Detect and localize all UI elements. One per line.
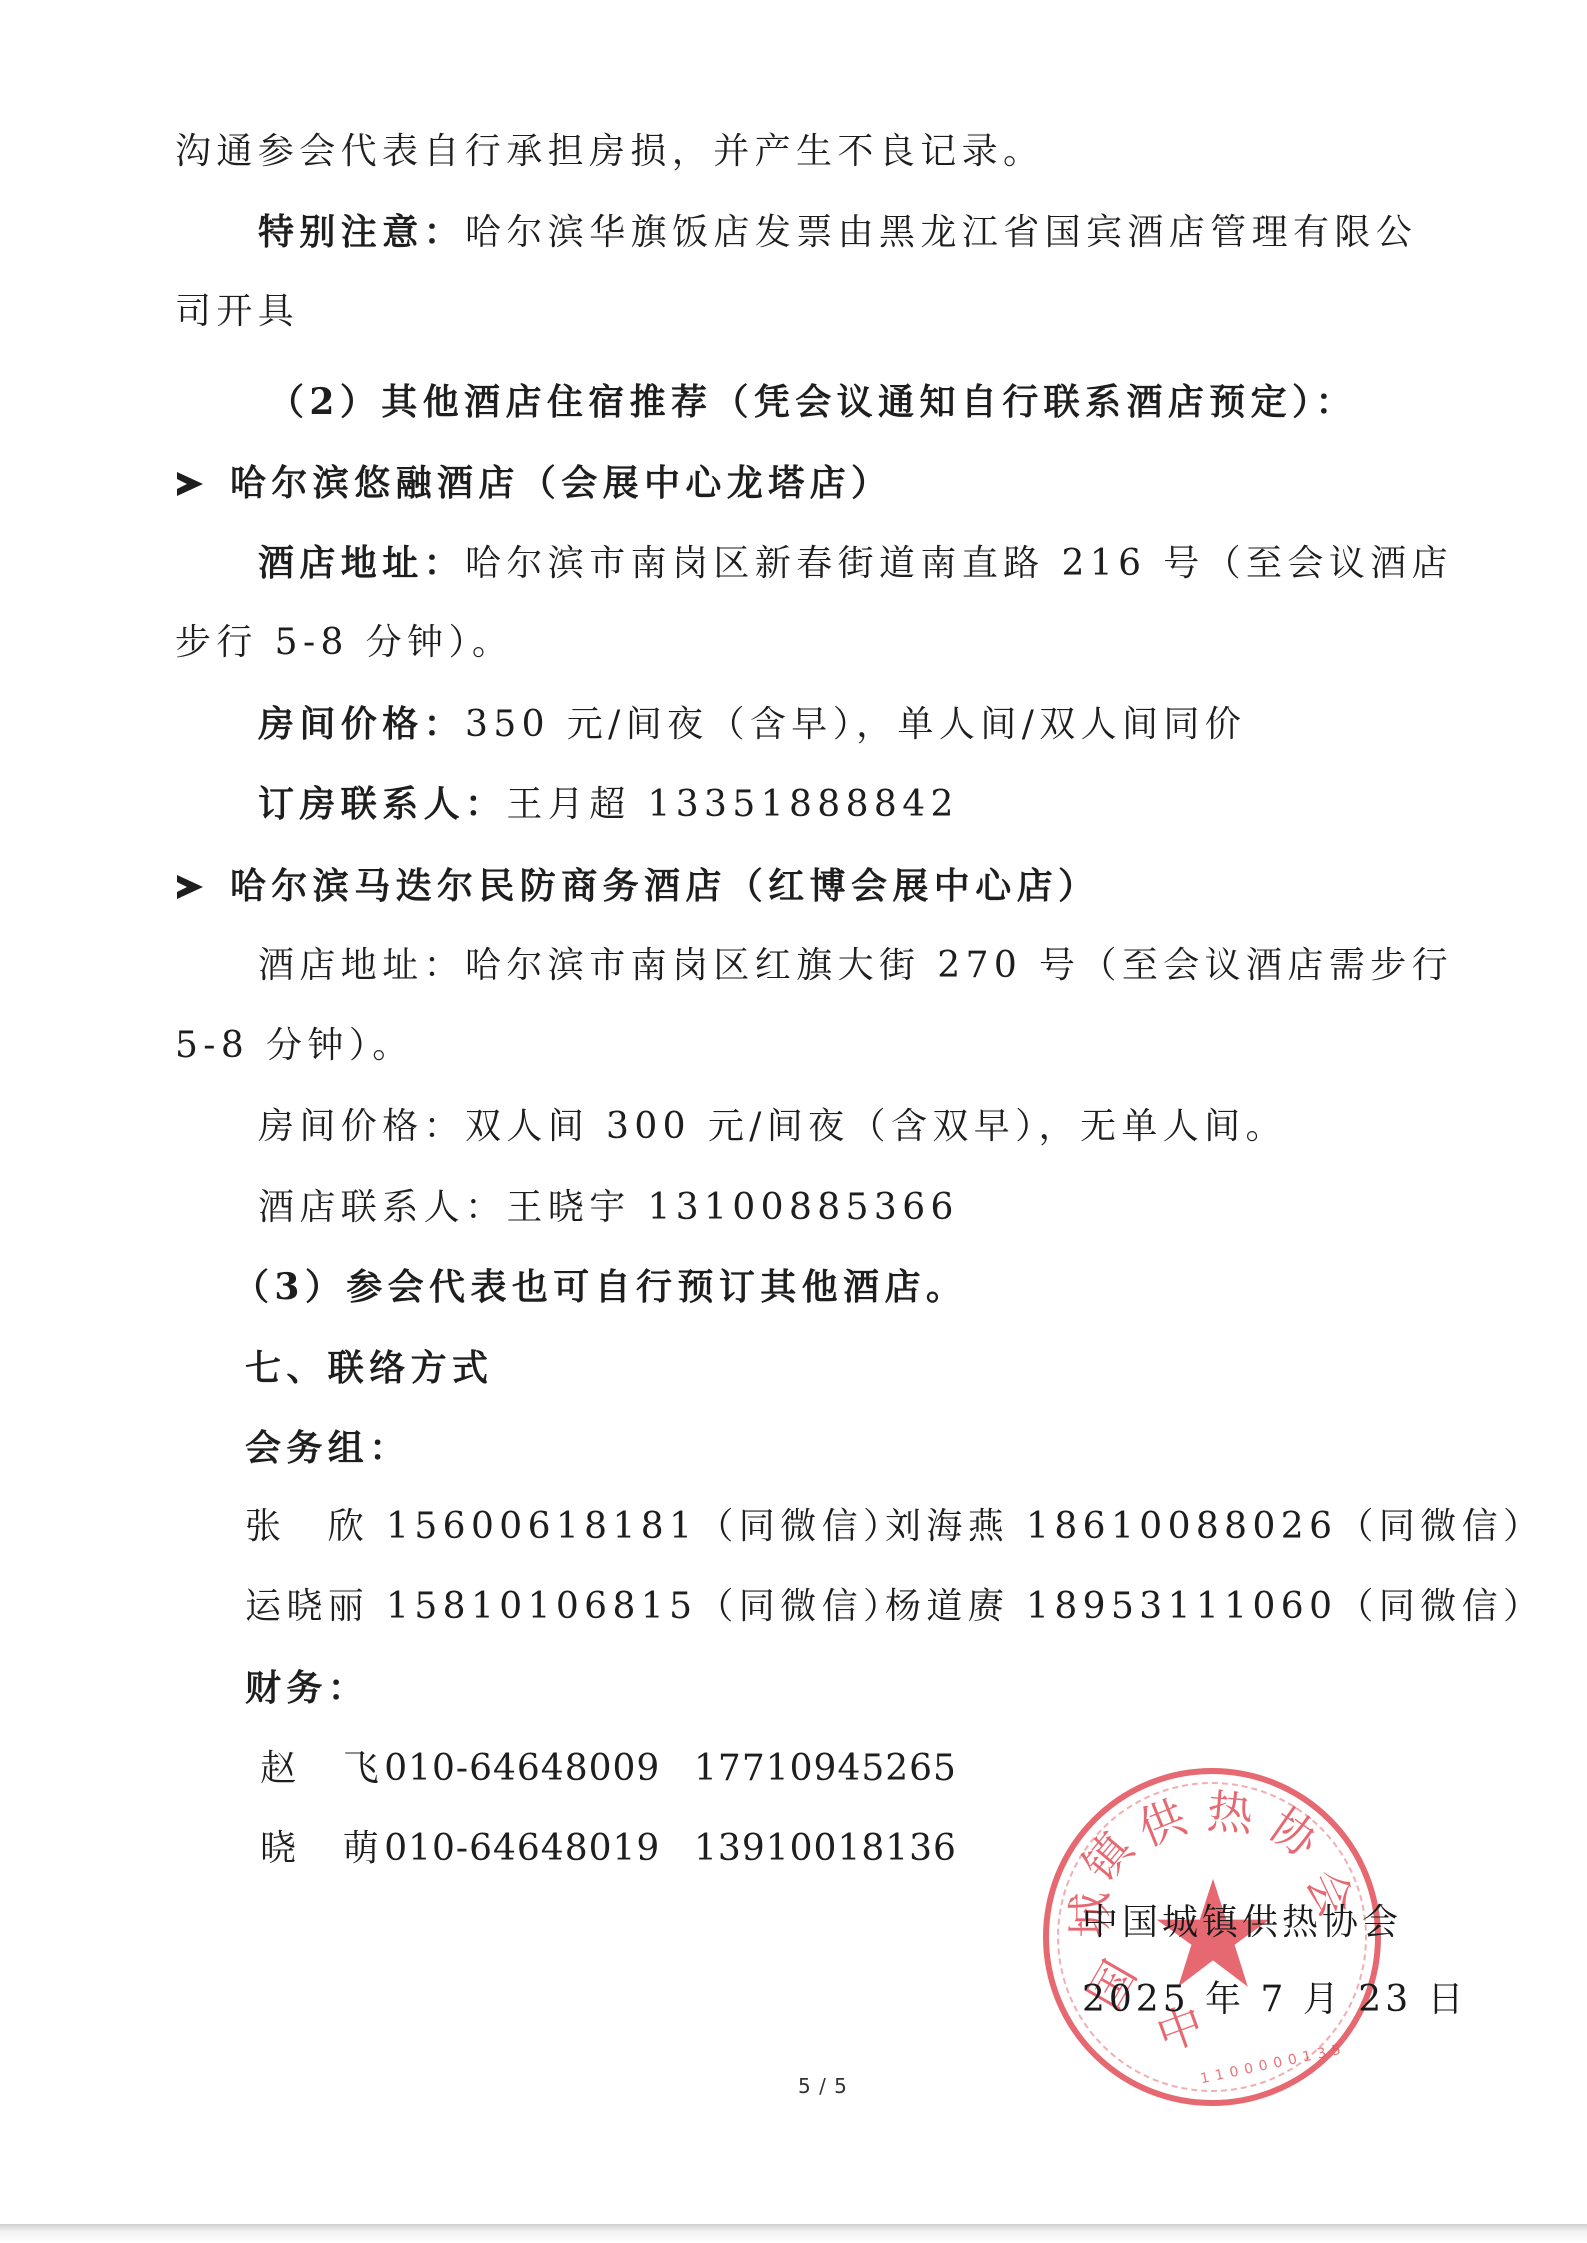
price-label: 房间价格： <box>258 703 465 745</box>
contact-entry: 杨道赓 18953111060（同微信） <box>885 1585 1544 1629</box>
hotel-name-text: 哈尔滨悠融酒店（会展中心龙塔店） <box>230 462 892 504</box>
finance-office-phone: 010-64648009 <box>384 1748 660 1789</box>
finance-entry: 晓 萌010-64648019 13910018136 <box>260 1827 957 1871</box>
finance-name: 赵 飞 <box>260 1747 384 1791</box>
signature-date: 2025 年 7 月 23 日 <box>1082 1978 1468 2022</box>
finance-mobile: 17710945265 <box>694 1748 957 1789</box>
price-label: 房间价格： <box>258 1106 465 1147</box>
contact-note: （同微信） <box>697 1506 904 1547</box>
hotel-2-price: 房间价格：双人间 300 元/间夜（含双早），无单人间。 <box>258 1105 1287 1149</box>
contact-entry: 张 欣 15600618181（同微信） <box>245 1505 904 1549</box>
finance-entry: 赵 飞010-64648009 17710945265 <box>260 1747 957 1791</box>
contact-phone: 18953111060 <box>1026 1586 1337 1627</box>
bullet-arrow-icon <box>177 875 203 899</box>
contact-name: 杨道赓 <box>885 1585 1009 1629</box>
contact-value: 王月超 13351888842 <box>506 784 958 825</box>
signature-organization: 中国城镇供热协会 <box>1082 1901 1402 1945</box>
paragraph-text: 沟通参会代表自行承担房损，并产生不良记录。 <box>175 131 1044 172</box>
page-bottom-edge <box>0 2224 1587 2243</box>
contact-entry: 运晓丽 15810106815（同微信） <box>245 1585 904 1629</box>
contact-name: 张 欣 <box>245 1505 369 1549</box>
page-number-text: 5 / 5 <box>798 2074 848 2098</box>
bullet-arrow-icon <box>177 472 203 496</box>
contact-section-heading: 七、联络方式 <box>245 1346 493 1390</box>
contact-label: 订房联系人： <box>258 783 506 825</box>
special-notice-continued: 司开具 <box>175 290 299 334</box>
hotel-2-name: 哈尔滨马迭尔民防商务酒店（红博会展中心店） <box>230 864 1099 908</box>
address-value: 哈尔滨市南岗区红旗大街 270 号（至会议酒店需步行 <box>465 945 1453 986</box>
hotel-1-address: 酒店地址：哈尔滨市南岗区新春街道南直路 216 号（至会议酒店 <box>258 541 1453 586</box>
contact-entry: 刘海燕 18610088026（同微信） <box>885 1505 1544 1549</box>
label-text: 会务组： <box>245 1427 411 1469</box>
date-text: 2025 年 7 月 23 日 <box>1082 1979 1468 2020</box>
paragraph-room-damage: 沟通参会代表自行承担房损，并产生不良记录。 <box>175 130 1044 174</box>
contact-label: 酒店联系人： <box>258 1187 506 1228</box>
special-notice: 特别注意：哈尔滨华旗饭店发票由黑龙江省国宾酒店管理有限公 <box>258 210 1417 255</box>
section-heading-text: （2）其他酒店住宿推荐（凭会议通知自行联系酒店预定）： <box>268 381 1357 423</box>
contact-note: （同微信） <box>1337 1506 1544 1547</box>
section-3-note: （3）参会代表也可自行预订其他酒店。 <box>233 1265 967 1309</box>
contact-phone: 15810106815 <box>386 1586 697 1627</box>
section-2-heading: （2）其他酒店住宿推荐（凭会议通知自行联系酒店预定）： <box>268 380 1357 424</box>
notice-text-continued: 司开具 <box>175 291 299 332</box>
hotel-2-contact: 酒店联系人：王晓宇 13100885366 <box>258 1186 959 1230</box>
address-value-continued: 步行 5-8 分钟）。 <box>175 622 513 663</box>
finance-label: 财务： <box>245 1666 369 1710</box>
address-value-continued: 5-8 分钟）。 <box>175 1025 414 1066</box>
address-label: 酒店地址： <box>258 542 465 584</box>
hotel-1-name: 哈尔滨悠融酒店（会展中心龙塔店） <box>230 461 892 505</box>
finance-mobile: 13910018136 <box>694 1828 957 1869</box>
contact-name: 运晓丽 <box>245 1585 369 1629</box>
hotel-2-address: 酒店地址：哈尔滨市南岗区红旗大街 270 号（至会议酒店需步行 <box>258 944 1453 988</box>
contact-note: （同微信） <box>697 1586 904 1627</box>
hotel-1-price: 房间价格：350 元/间夜（含早），单人间/双人间同价 <box>258 702 1246 747</box>
organization-name: 中国城镇供热协会 <box>1082 1902 1402 1943</box>
finance-name: 晓 萌 <box>260 1827 384 1871</box>
conference-group-label: 会务组： <box>245 1426 411 1470</box>
contact-name: 刘海燕 <box>885 1505 1009 1549</box>
document-page: 沟通参会代表自行承担房损，并产生不良记录。 特别注意：哈尔滨华旗饭店发票由黑龙江… <box>0 0 1587 2243</box>
price-value: 350 元/间夜（含早），单人间/双人间同价 <box>465 704 1246 745</box>
label-text: 财务： <box>245 1667 369 1709</box>
hotel-1-contact: 订房联系人：王月超 13351888842 <box>258 782 959 827</box>
notice-label: 特别注意： <box>258 211 465 253</box>
seal-char: 热 <box>1205 1788 1255 1838</box>
address-label: 酒店地址： <box>258 945 465 986</box>
contact-phone: 18610088026 <box>1026 1506 1337 1547</box>
hotel-1-address-continued: 步行 5-8 分钟）。 <box>175 621 513 665</box>
hotel-name-text: 哈尔滨马迭尔民防商务酒店（红博会展中心店） <box>230 865 1099 907</box>
section-3-text: （3）参会代表也可自行预订其他酒店。 <box>233 1266 967 1308</box>
finance-office-phone: 010-64648019 <box>384 1828 660 1869</box>
contact-note: （同微信） <box>1337 1586 1544 1627</box>
address-value: 哈尔滨市南岗区新春街道南直路 216 号（至会议酒店 <box>465 543 1453 584</box>
notice-text: 哈尔滨华旗饭店发票由黑龙江省国宾酒店管理有限公 <box>465 212 1417 253</box>
page-number: 5 / 5 <box>798 2074 848 2098</box>
contact-value: 王晓宇 13100885366 <box>506 1187 958 1228</box>
hotel-2-address-continued: 5-8 分钟）。 <box>175 1024 414 1068</box>
contact-phone: 15600618181 <box>386 1506 697 1547</box>
price-value: 双人间 300 元/间夜（含双早），无单人间。 <box>465 1106 1287 1147</box>
heading-text: 七、联络方式 <box>245 1347 493 1389</box>
